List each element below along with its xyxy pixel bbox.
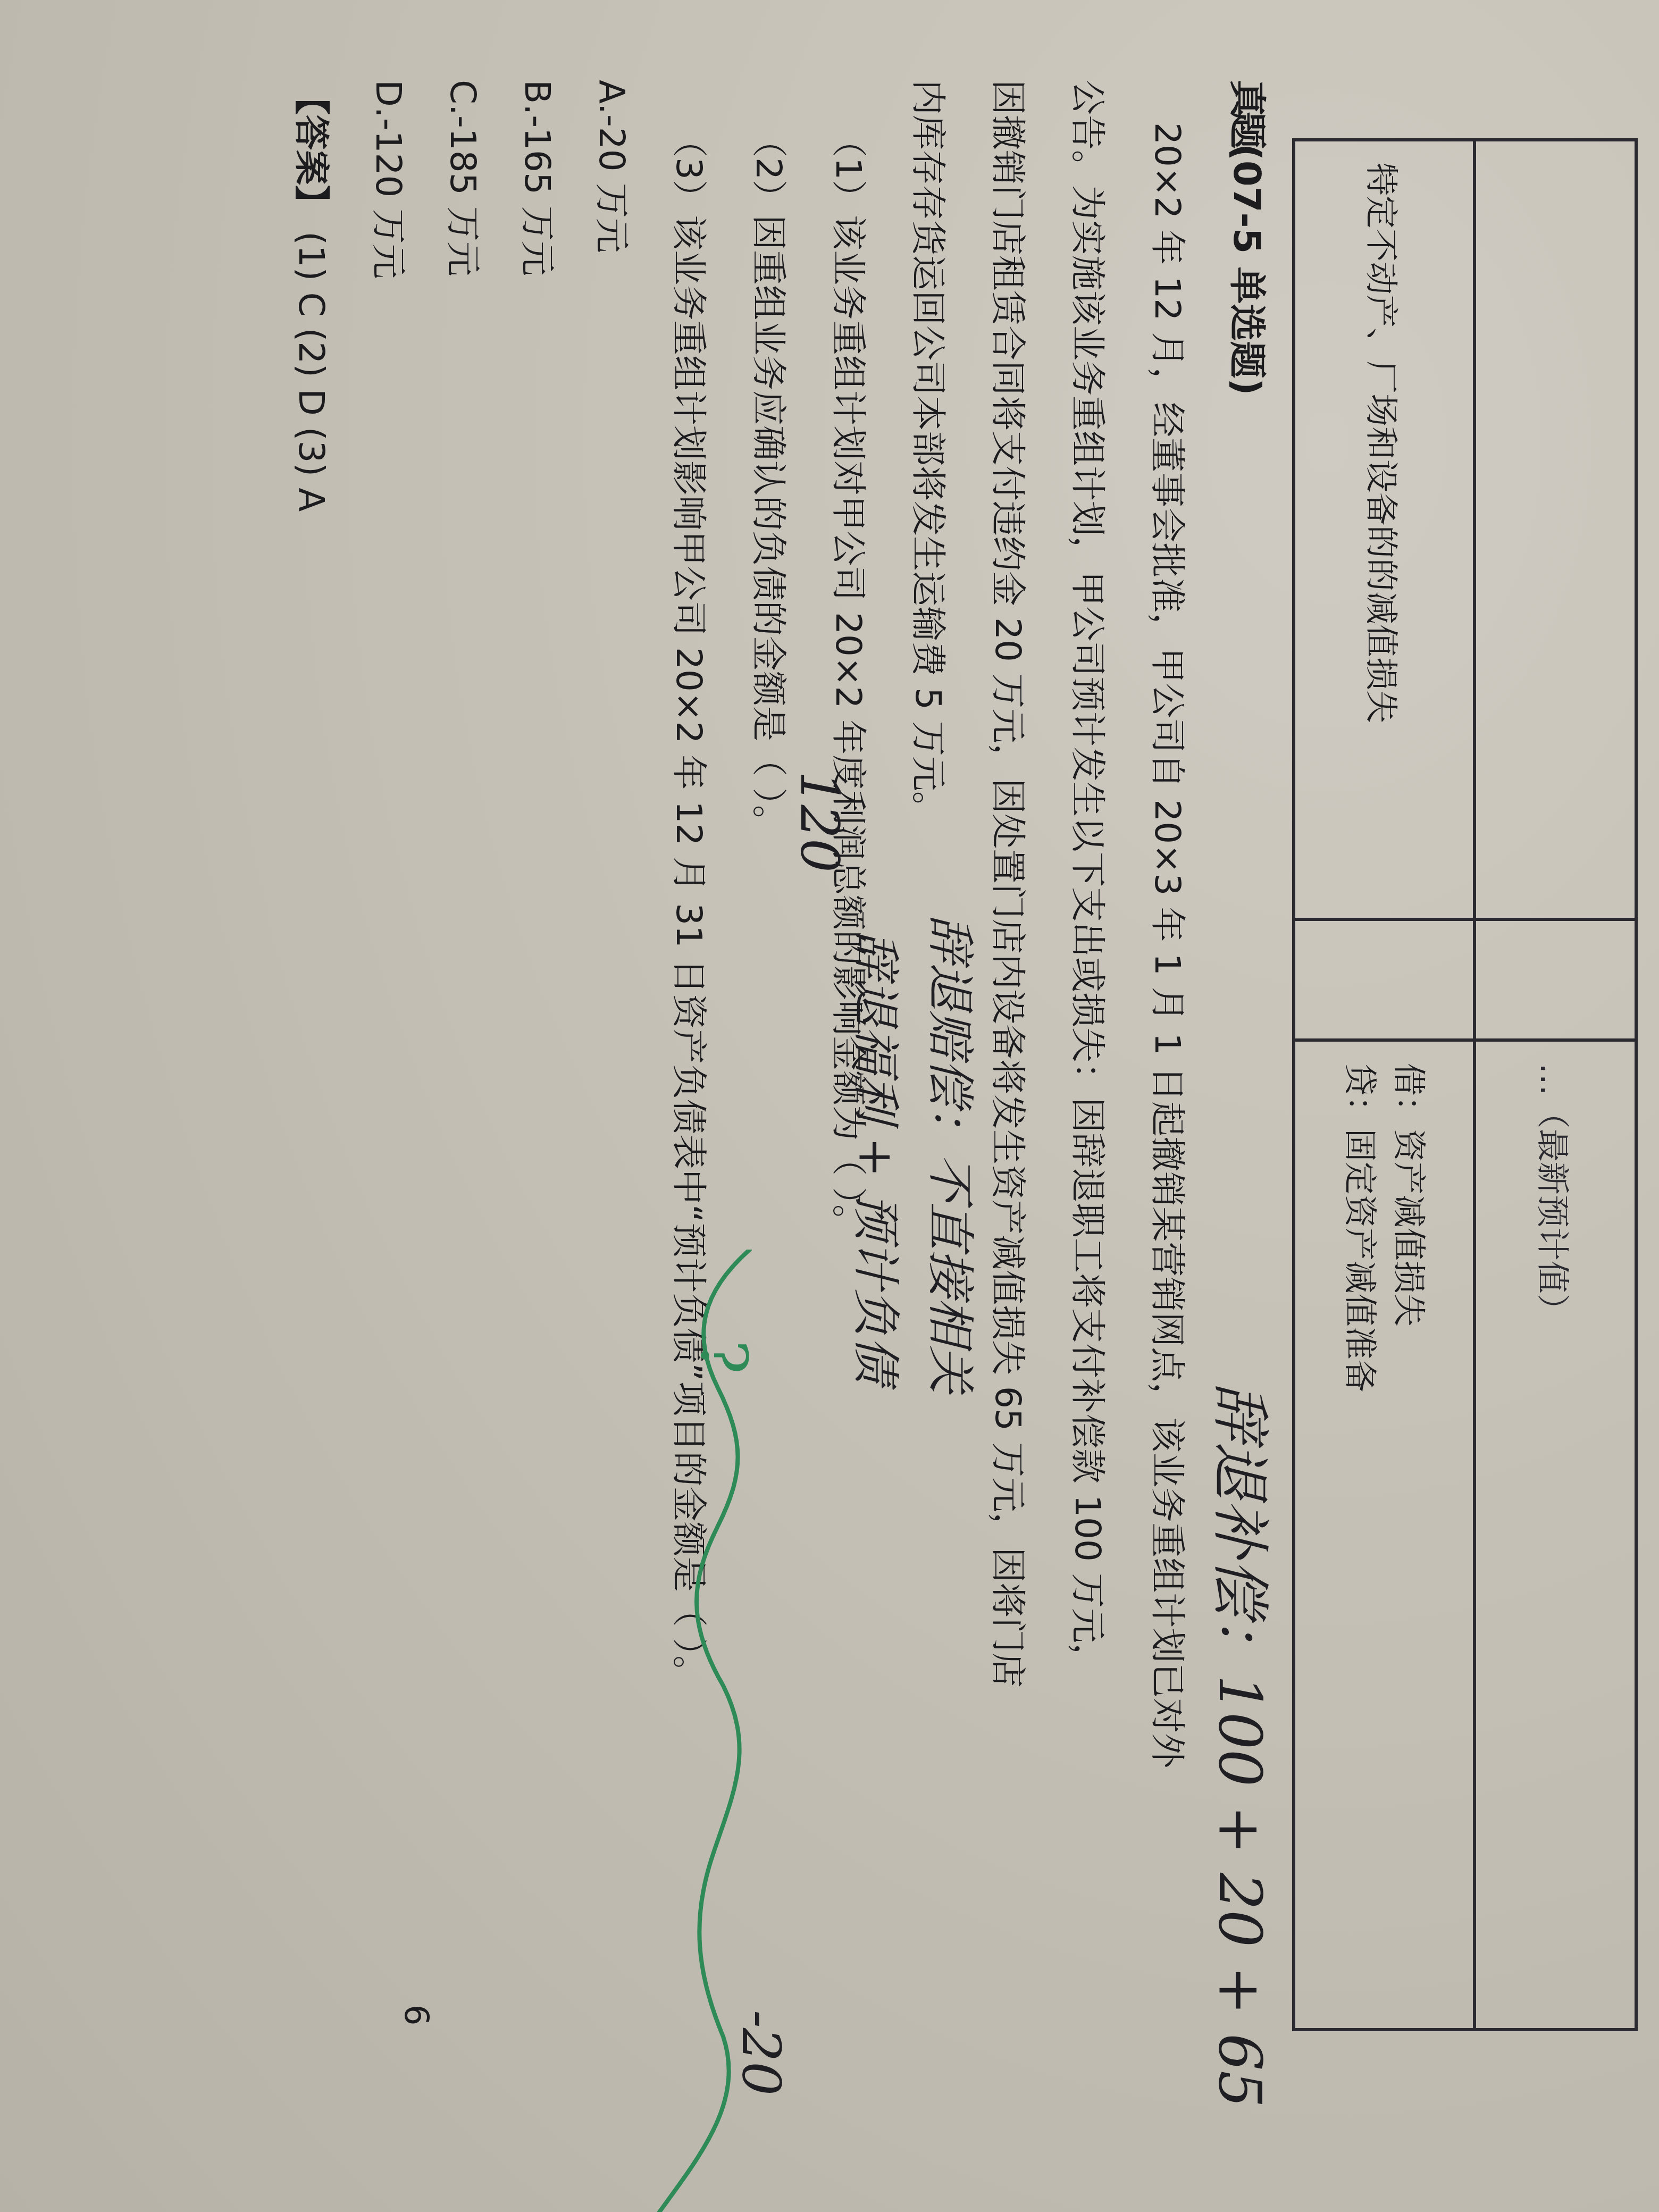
question-block: 真题(07-5 单选题) 20×2 年 12 月，经董事会批准，甲公司自 20×… [271,80,1287,2100]
debit-line: 借：资产减值损失 [1384,1063,1433,2007]
handwritten-note-q1: 辞退赔偿：不直接相关 [920,915,989,1393]
option-d: D.-120 万元 [351,80,425,2100]
impairment-label-cell: 特定不动产、厂场和设备的的减值损失 [1294,140,1474,919]
journal-entry-cell: 借：资产减值损失 贷：固定资产减值准备 [1294,1040,1474,2030]
textbook-page: …（最新预计值） 特定不动产、厂场和设备的的减值损失 借：资产减值损失 贷：固定… [0,0,1659,2212]
table-row: …（最新预计值） [1474,140,1636,2030]
handwritten-note-q3: 辞退福利 + 预计负债 [845,931,915,1384]
table-cell-blank [1474,919,1636,1040]
handwritten-sum-note: 辞退补偿：100 + 20 + 65 [1203,1382,1287,2108]
table-row: 特定不动产、厂场和设备的的减值损失 借：资产减值损失 贷：固定资产减值准备 [1294,140,1474,2030]
question-body-line: 公告。为实施该业务重组计划，甲公司预计发生以下支出或损失：因辞退职工将支付补偿款… [1048,80,1127,2100]
answer-line: 【答案】 (1) C (2) D (3) A [271,80,351,2100]
credit-line: 贷：固定资产减值准备 [1335,1063,1384,2007]
journal-entry-table: …（最新预计值） 特定不动产、厂场和设备的的减值损失 借：资产减值损失 贷：固定… [1292,138,1638,2031]
table-cell-blank [1294,919,1474,1040]
handwritten-label: 真题 [1225,80,1269,144]
table-cell-blank [1474,140,1636,919]
answer-text: (1) C (2) D (3) A [291,231,332,512]
answer-label: 【答案】 [291,80,332,220]
option-c: C.-185 万元 [425,80,500,2100]
green-wavy-line [638,1250,766,2212]
question-body-line: 20×2 年 12 月，经董事会批准，甲公司自 20×3 年 1 月 1 日起撤… [1127,80,1207,2100]
option-a: A.-20 万元 [574,80,649,2100]
photo-background: …（最新预计值） 特定不动产、厂场和设备的的减值损失 借：资产减值损失 贷：固定… [0,0,1659,2212]
table-cell-partial-text: …（最新预计值） [1474,1040,1636,2030]
green-question-mark: ? [686,1340,760,1374]
option-b: B.-165 万元 [500,80,574,2100]
handwritten-q2-value: 120 [789,771,851,873]
options-list: A.-20 万元 B.-165 万元 C.-185 万元 D.-120 万元 [351,80,649,2100]
question-tag: (07-5 单选题) [1225,144,1269,396]
page-number: 6 [397,2005,436,2025]
